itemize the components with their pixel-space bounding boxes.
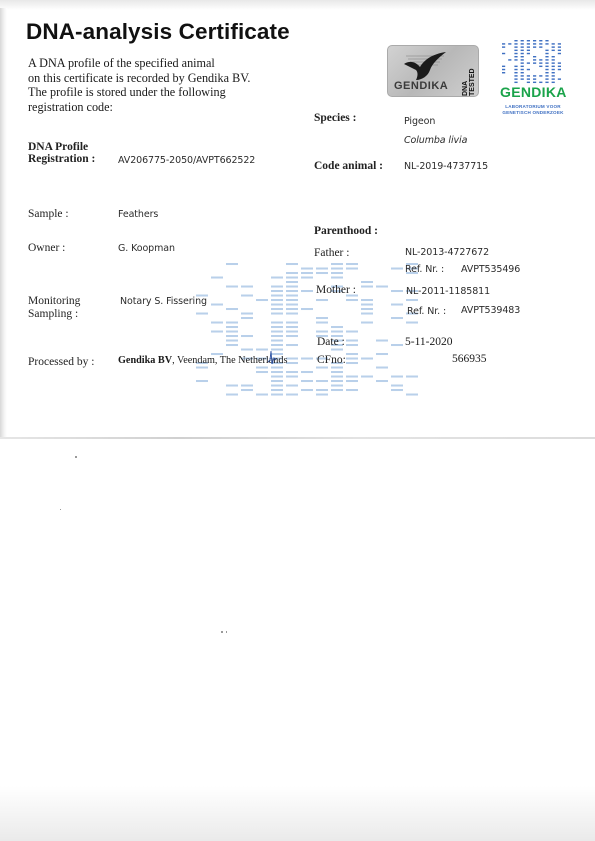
- father-value: NL-2013-4727672: [405, 247, 489, 258]
- monitoring-label-line2: Sampling :: [28, 308, 78, 320]
- owner-label: Owner :: [28, 242, 65, 254]
- gendika-logo-subtitle: LABORATORIUM VOOR GENETISCH ONDERZOEK: [492, 104, 574, 115]
- scan-speck: [75, 456, 77, 458]
- code-animal-label: Code animal :: [314, 160, 383, 172]
- monitoring-value: Notary S. Fissering: [120, 296, 207, 307]
- species-latin-name: Columba livia: [404, 135, 467, 146]
- father-ref-value: AVPT535496: [461, 264, 520, 275]
- parenthood-label: Parenthood :: [314, 225, 378, 237]
- scan-speck: [60, 509, 61, 510]
- mother-ref-label: Ref. Nr. :: [407, 306, 446, 317]
- intro-line: on this certificate is recorded by Gendi…: [28, 71, 308, 86]
- processed-by-company: Gendika BV: [118, 355, 172, 366]
- scan-speck: [221, 631, 223, 633]
- scan-fold-line: [0, 437, 595, 439]
- mother-value: NL-2011-1185811: [406, 286, 490, 297]
- species-label: Species :: [314, 112, 356, 124]
- certificate-title: DNA-analysis Certificate: [26, 19, 290, 45]
- dna-tested-sticker: GENDIKA DNA TESTED: [387, 45, 479, 97]
- pigeon-icon: [402, 50, 448, 82]
- sticker-tag: DNA TESTED: [462, 52, 476, 96]
- date-label: Date :: [317, 336, 345, 348]
- sample-label: Sample :: [28, 208, 69, 220]
- registration-value: AV206775-2050/AVPT662522: [118, 155, 255, 166]
- processed-by-value: Gendika BV, Veendam, The Netherlands: [118, 355, 287, 366]
- intro-line: A DNA profile of the specified animal: [28, 56, 308, 71]
- cfno-label: CFno:: [317, 354, 346, 366]
- scan-left-edge: [0, 8, 7, 438]
- mother-label: Mother :: [316, 284, 356, 296]
- sticker-brand: GENDIKA: [394, 80, 448, 92]
- scan-top-edge: [0, 0, 595, 10]
- cfno-value: 566935: [452, 353, 487, 365]
- mother-ref-value: AVPT539483: [461, 305, 520, 316]
- code-animal-value: NL-2019-4737715: [404, 161, 488, 172]
- logo-subtitle-line: GENETISCH ONDERZOEK: [492, 110, 574, 116]
- intro-line: The profile is stored under the followin…: [28, 85, 308, 100]
- gendika-g-logo-icon: [501, 39, 563, 84]
- father-ref-label: Ref. Nr. :: [405, 264, 444, 275]
- dna-watermark-icon: [195, 262, 420, 397]
- certificate-intro: A DNA profile of the specified animal on…: [28, 56, 308, 114]
- sample-value: Feathers: [118, 209, 158, 220]
- scan-speck: [226, 631, 227, 633]
- owner-value: G. Koopman: [118, 243, 175, 254]
- intro-line: registration code:: [28, 100, 308, 115]
- scan-bottom-shade: [0, 786, 595, 841]
- processed-by-label: Processed by :: [28, 356, 94, 368]
- gendika-logo-name: GENDIKA: [500, 84, 566, 100]
- father-label: Father :: [314, 247, 349, 259]
- date-value: 5-11-2020: [405, 336, 452, 348]
- species-common-name: Pigeon: [404, 116, 435, 127]
- registration-label-line2: Registration :: [28, 153, 95, 165]
- monitoring-label-line1: Monitoring: [28, 295, 80, 307]
- registration-label-line1: DNA Profile: [28, 141, 88, 153]
- signature-mark-icon: [267, 350, 277, 366]
